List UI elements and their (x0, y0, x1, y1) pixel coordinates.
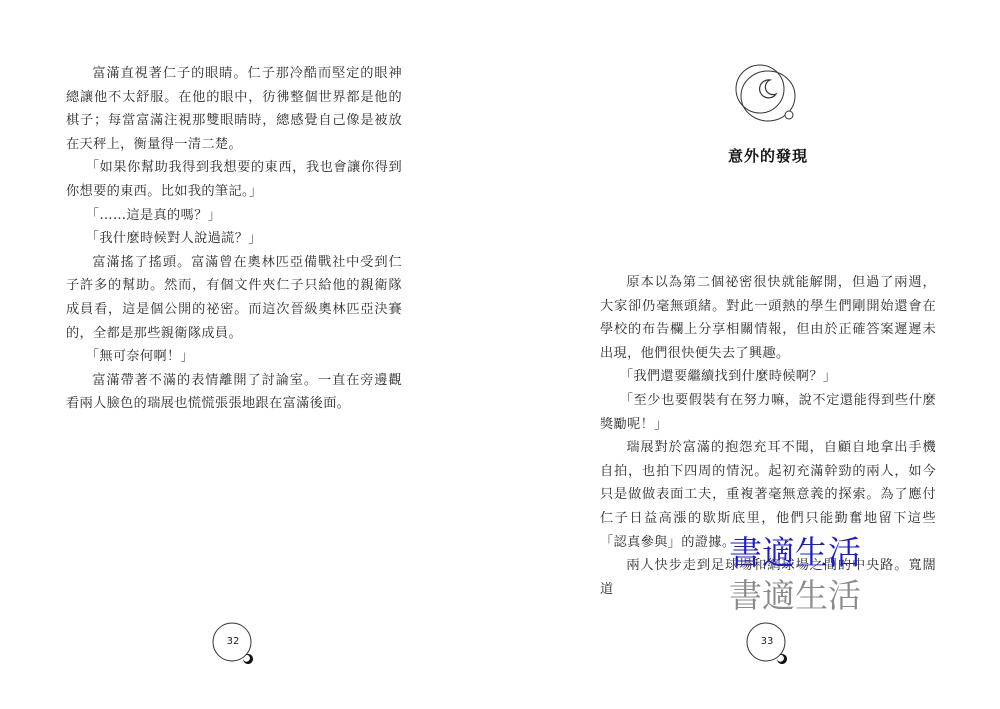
left-page-body: 富滿直視著仁子的眼睛。仁子那冷酷而堅定的眼神總讓他不太舒服。在他的眼中，彷彿整個… (66, 62, 402, 416)
dialogue-paragraph: 「無可奈何啊！」 (66, 345, 402, 369)
chapter-title: 意外的發現 (500, 145, 1000, 166)
paragraph: 富滿搖了搖頭。富滿曾在奧林匹亞備戰社中受到仁子許多的幫助。然而，有個文件夾仁子只… (66, 251, 402, 345)
moon-orbit-icon (730, 63, 800, 131)
page-number-left: 32 (211, 621, 255, 665)
paragraph: 富滿帶著不滿的表情離開了討論室。一直在旁邊觀看兩人臉色的瑞展也慌慌張張地跟在富滿… (66, 369, 402, 416)
watermark-blue: 書適生活 (729, 527, 861, 574)
dialogue-paragraph: 「我什麼時候對人說過謊？」 (66, 227, 402, 251)
dialogue-paragraph: 「我們還要繼續找到什麼時候啊？」 (600, 365, 936, 389)
dialogue-paragraph: 「……這是真的嗎？」 (66, 204, 402, 228)
paragraph: 原本以為第二個祕密很快就能解開，但過了兩週，大家卻仍毫無頭緒。對此一頭熱的學生們… (600, 271, 936, 365)
watermark-gray: 書適生活 (729, 570, 861, 617)
dialogue-paragraph: 「如果你幫助我得到我想要的東西，我也會讓你得到你想要的東西。比如我的筆記。」 (66, 156, 402, 203)
page-number-text: 32 (211, 621, 255, 663)
page-number-right: 33 (745, 621, 789, 665)
dialogue-paragraph: 「至少也要假裝有在努力嘛，說不定還能得到些什麼獎勵呢！」 (600, 389, 936, 436)
page-number-text: 33 (745, 621, 789, 663)
left-page: 富滿直視著仁子的眼睛。仁子那冷酷而堅定的眼神總讓他不太舒服。在他的眼中，彷彿整個… (0, 0, 500, 709)
paragraph: 富滿直視著仁子的眼睛。仁子那冷酷而堅定的眼神總讓他不太舒服。在他的眼中，彷彿整個… (66, 62, 402, 156)
